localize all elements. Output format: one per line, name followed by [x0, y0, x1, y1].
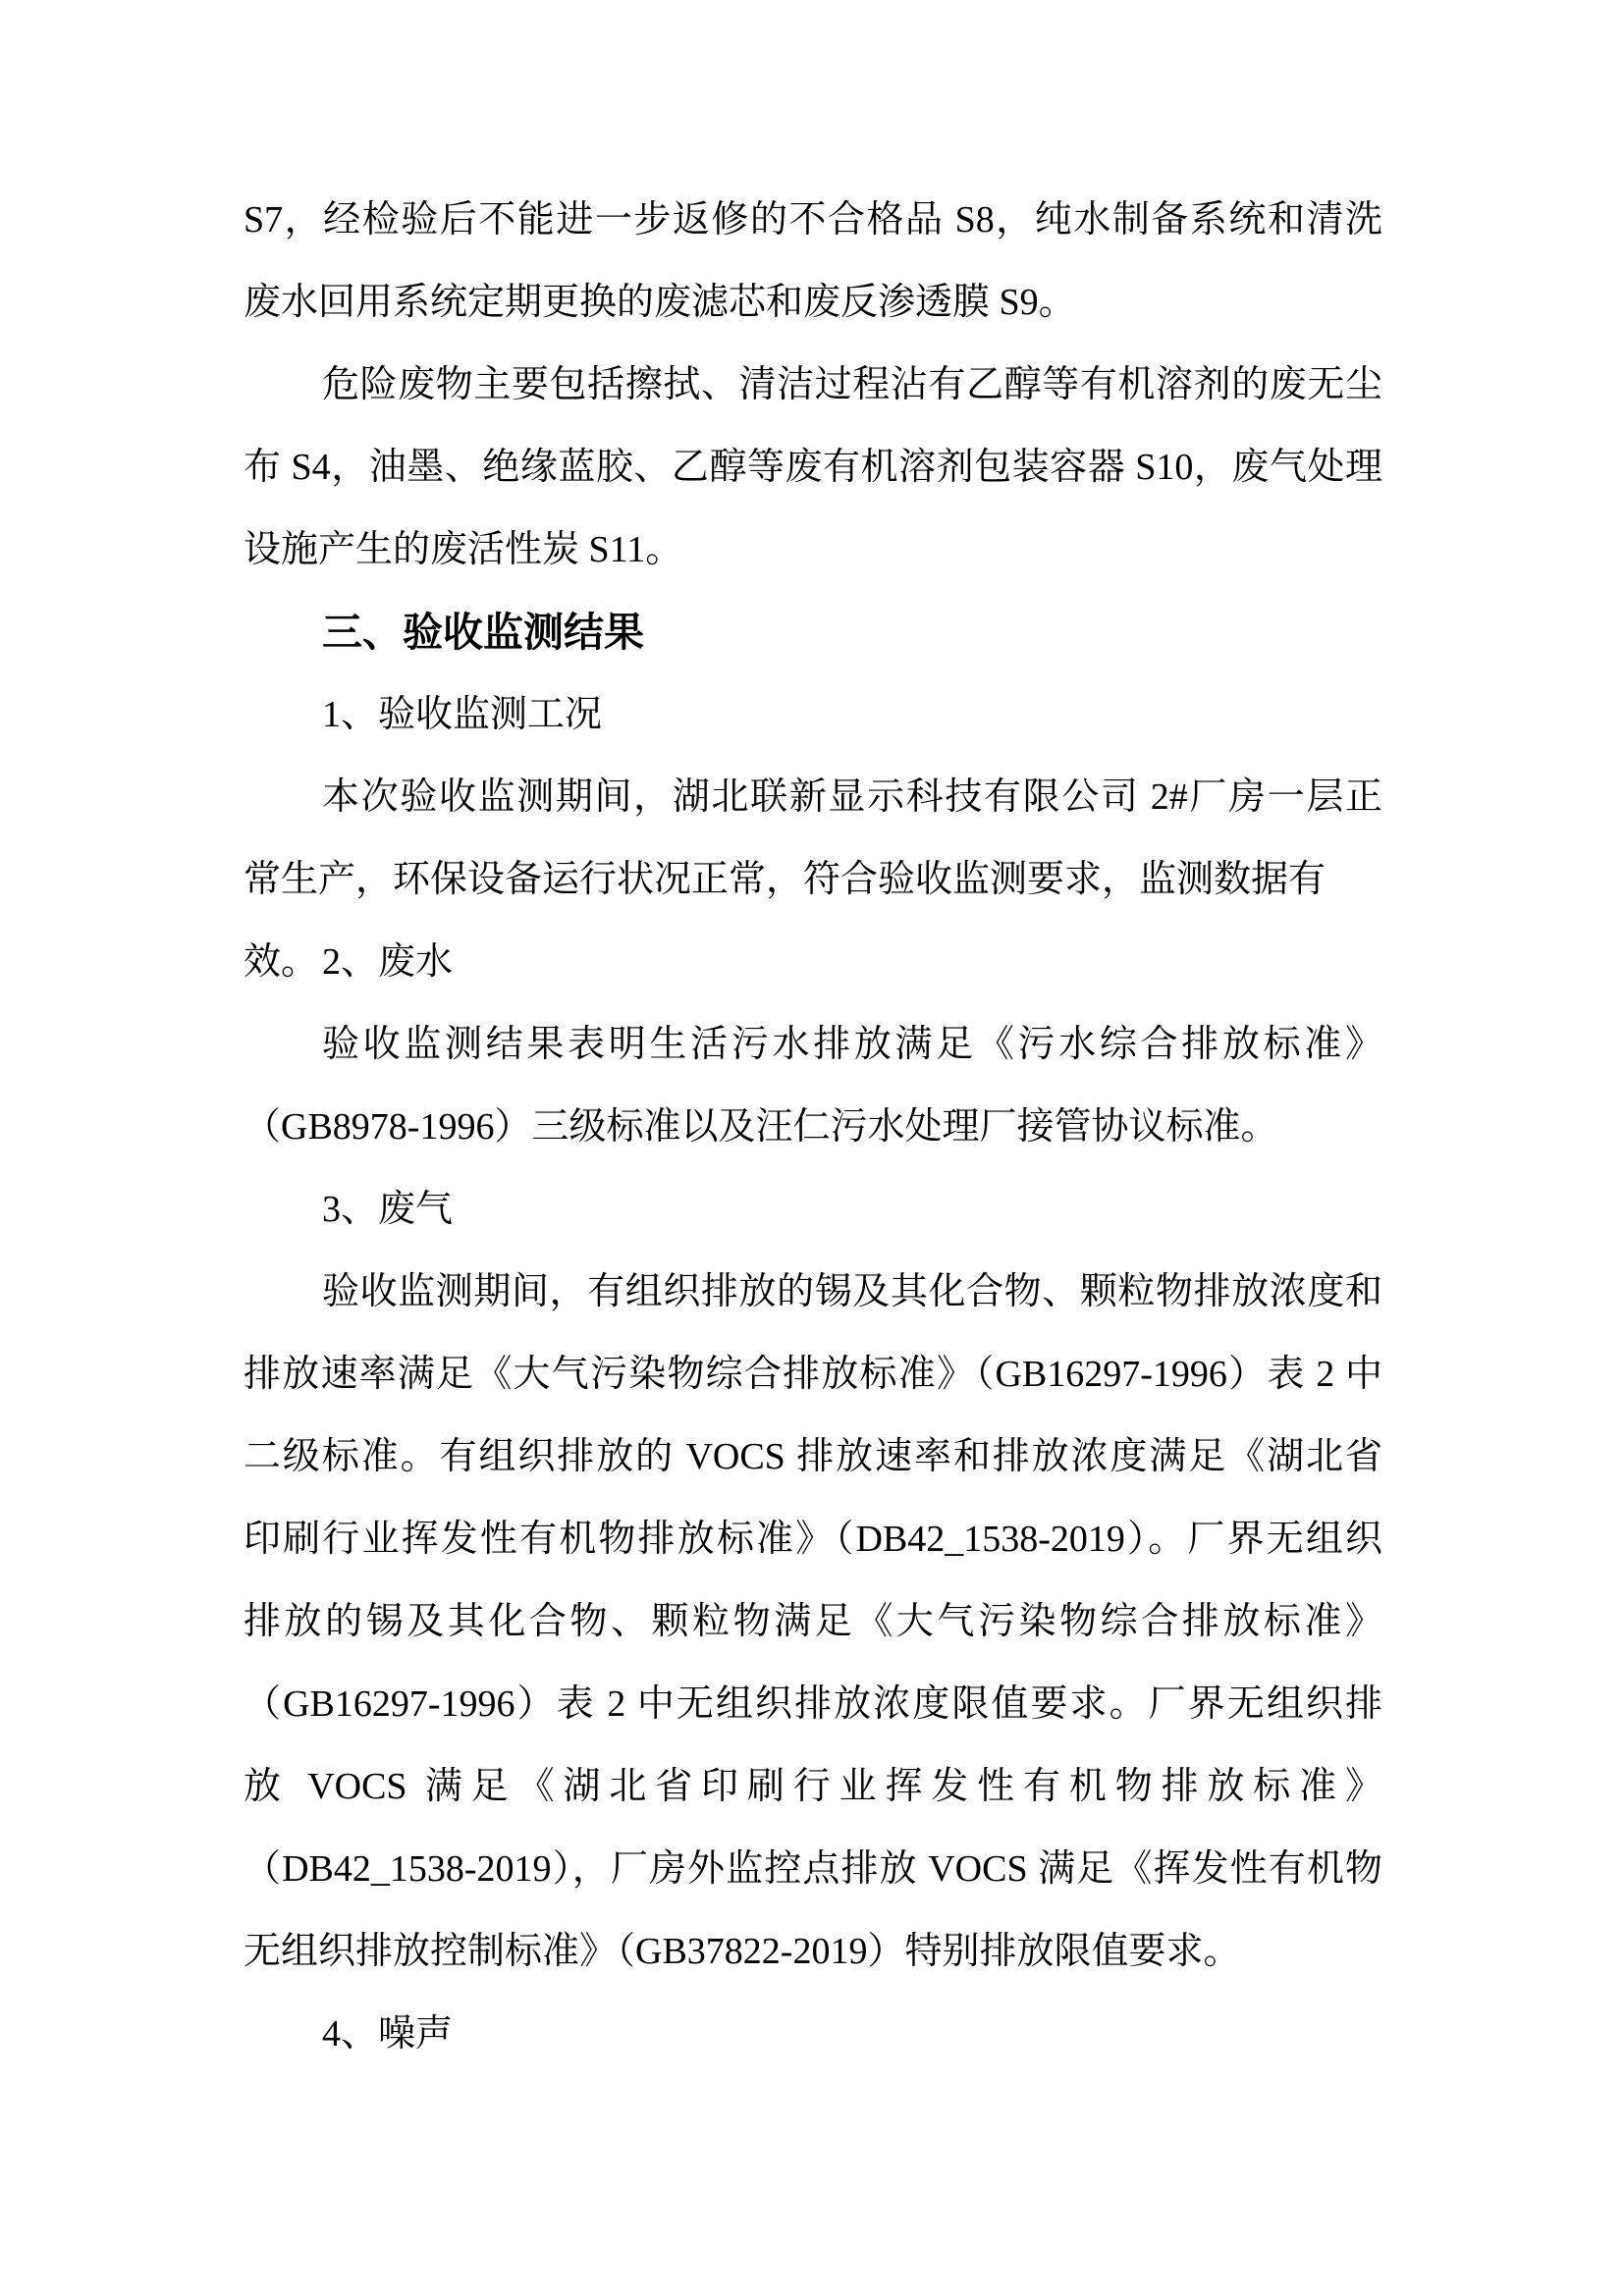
paragraph-line: 验收监测期间，有组织排放的锡及其化合物、颗粒物排放浓度和	[244, 1251, 1382, 1333]
paragraph-line: （GB16297-1996）表 2 中无组织排放浓度限值要求。厂界无组织排	[244, 1663, 1382, 1745]
paragraph-line: 危险废物主要包括擦拭、清洁过程沾有乙醇等有机溶剂的废无尘	[244, 344, 1382, 426]
document-text-block: S7，经检验后不能进一步返修的不合格品 S8，纯水制备系统和清洗 废水回用系统定…	[0, 0, 1624, 2075]
paragraph-line: 印刷行业挥发性有机物排放标准》（DB42_1538-2019）。厂界无组织	[244, 1498, 1382, 1580]
numbered-item-3: 3、废气	[244, 1168, 1382, 1251]
paragraph-line: 设施产生的废活性炭 S11。	[244, 508, 1382, 591]
numbered-item-4: 4、噪声	[244, 1993, 1382, 2075]
document-page: S7，经检验后不能进一步返修的不合格品 S8，纯水制备系统和清洗 废水回用系统定…	[0, 0, 1624, 2296]
paragraph-line: 常生产，环保设备运行状况正常，符合验收监测要求，监测数据有效。	[244, 838, 1382, 921]
numbered-item-1: 1、验收监测工况	[244, 673, 1382, 756]
paragraph-line: 验收监测结果表明生活污水排放满足《污水综合排放标准》	[244, 1003, 1382, 1086]
paragraph-line: 布 S4，油墨、绝缘蓝胶、乙醇等废有机溶剂包装容器 S10，废气处理	[244, 426, 1382, 508]
paragraph-line: 废水回用系统定期更换的废滤芯和废反渗透膜 S9。	[244, 261, 1382, 344]
paragraph-line: 本次验收监测期间，湖北联新显示科技有限公司 2#厂房一层正	[244, 756, 1382, 838]
paragraph-line: 无组织排放控制标准》（GB37822-2019）特别排放限值要求。	[244, 1910, 1382, 1993]
paragraph-line: （GB8978-1996）三级标准以及汪仁污水处理厂接管协议标准。	[244, 1086, 1382, 1168]
paragraph-line: （DB42_1538-2019），厂房外监控点排放 VOCS 满足《挥发性有机物	[244, 1828, 1382, 1910]
numbered-item-2: 2、废水	[244, 921, 1382, 1003]
paragraph-line: 二级标准。有组织排放的 VOCS 排放速率和排放浓度满足《湖北省	[244, 1415, 1382, 1498]
paragraph-line: S7，经检验后不能进一步返修的不合格品 S8，纯水制备系统和清洗	[244, 179, 1382, 261]
paragraph-line: 排放的锡及其化合物、颗粒物满足《大气污染物综合排放标准》	[244, 1580, 1382, 1663]
paragraph-line: 排放速率满足《大气污染物综合排放标准》（GB16297-1996）表 2 中	[244, 1333, 1382, 1415]
paragraph-line: 放 VOCS 满足《湖北省印刷行业挥发性有机物排放标准》	[244, 1745, 1382, 1828]
section-heading: 三、验收监测结果	[244, 591, 1382, 673]
